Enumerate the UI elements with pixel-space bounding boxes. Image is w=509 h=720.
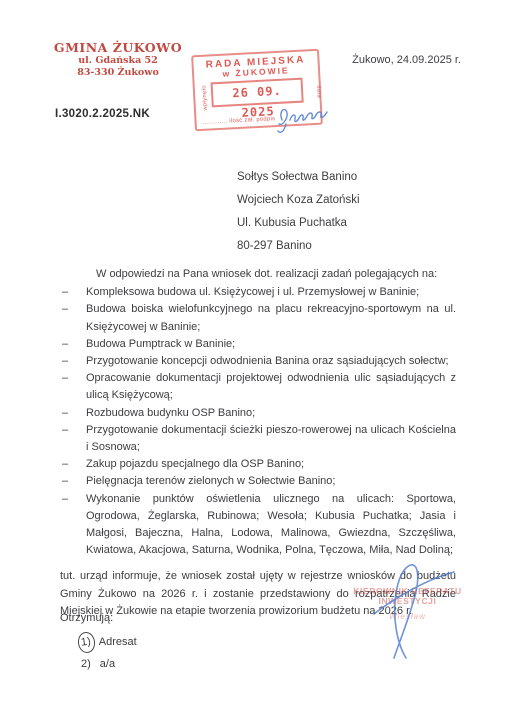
letter-page: GMINA ŻUKOWO ul. Gdańska 52 83-330 Żukow… bbox=[0, 0, 509, 720]
recipient-name: Wojciech Koza Zatoński bbox=[237, 189, 360, 212]
letter-date: Żukowo, 24.09.2025 r. bbox=[352, 54, 461, 66]
recipient-city: 80-297 Banino bbox=[237, 235, 360, 258]
received-stamp: RADA MIEJSKA w ŻUKOWIE 26 09. 2025 wpłyn… bbox=[191, 49, 323, 132]
list-item: –Pielęgnacja terenów zielonych w Sołectw… bbox=[60, 473, 456, 490]
sender-name: GMINA ŻUKOWO bbox=[48, 40, 188, 55]
dash-marker: – bbox=[60, 456, 86, 473]
distribution-label: Otrzymują: bbox=[60, 612, 137, 624]
request-items-list: –Kompleksowa budowa ul. Księżycowej i ul… bbox=[60, 284, 456, 559]
dash-marker: – bbox=[60, 422, 86, 456]
sender-address-street: ul. Gdańska 52 bbox=[48, 55, 188, 67]
distribution-list: Otrzymują: 1)Adresat 2)a/a bbox=[60, 612, 137, 675]
distribution-item-2: 2)a/a bbox=[78, 655, 137, 673]
list-item: –Wykonanie punktów oświetlenia ulicznego… bbox=[60, 491, 456, 560]
sender-address-city: 83-330 Żukowo bbox=[48, 67, 188, 79]
recipient-block: Sołtys Sołectwa Banino Wojciech Koza Zat… bbox=[237, 166, 360, 258]
recipient-title: Sołtys Sołectwa Banino bbox=[237, 166, 360, 189]
distribution-item-1: 1)Adresat bbox=[78, 632, 137, 653]
dash-marker: – bbox=[60, 405, 86, 422]
circled-number: 1) bbox=[77, 631, 97, 654]
stamp-right-label: data bbox=[315, 85, 322, 98]
letterhead: GMINA ŻUKOWO ul. Gdańska 52 83-330 Żukow… bbox=[48, 40, 188, 79]
stamp-left-label: wpłynęło bbox=[201, 85, 208, 111]
list-item: –Przygotowanie koncepcji odwodnienia Ban… bbox=[60, 353, 456, 370]
letter-body: W odpowiedzi na Pana wniosek dot. realiz… bbox=[60, 266, 456, 620]
stamp-date: 26 09. 2025 bbox=[211, 78, 304, 108]
dash-marker: – bbox=[60, 370, 86, 404]
list-item: –Opracowanie dokumentacji projektowej od… bbox=[60, 370, 456, 404]
official-title-line1: KIEROWNIK REFERATU bbox=[345, 586, 470, 596]
official-title-stamp: KIEROWNIK REFERATU INWESTYCJI Wiesław bbox=[345, 586, 470, 622]
recipient-street: Ul. Kubusia Puchatka bbox=[237, 212, 360, 235]
list-item: –Zakup pojazdu specjalnego dla OSP Banin… bbox=[60, 456, 456, 473]
dash-marker: – bbox=[60, 301, 86, 335]
dash-marker: – bbox=[60, 473, 86, 490]
reference-number: I.3020.2.2025.NK bbox=[55, 108, 150, 120]
dash-marker: – bbox=[60, 284, 86, 301]
list-item: –Przygotowanie dokumentacji ścieżki pies… bbox=[60, 422, 456, 456]
dash-marker: – bbox=[60, 336, 86, 353]
official-title-line2: INWESTYCJI bbox=[345, 596, 470, 606]
list-item: –Budowa Pumptrack w Baninie; bbox=[60, 336, 456, 353]
intro-paragraph: W odpowiedzi na Pana wniosek dot. realiz… bbox=[60, 266, 456, 283]
dash-marker: – bbox=[60, 491, 86, 560]
list-item: –Kompleksowa budowa ul. Księżycowej i ul… bbox=[60, 284, 456, 301]
dash-marker: – bbox=[60, 353, 86, 370]
official-name: Wiesław bbox=[345, 612, 470, 622]
list-item: –Budowa boiska wielofunkcyjnego na placu… bbox=[60, 301, 456, 335]
list-item: –Rozbudowa budynku OSP Banino; bbox=[60, 405, 456, 422]
